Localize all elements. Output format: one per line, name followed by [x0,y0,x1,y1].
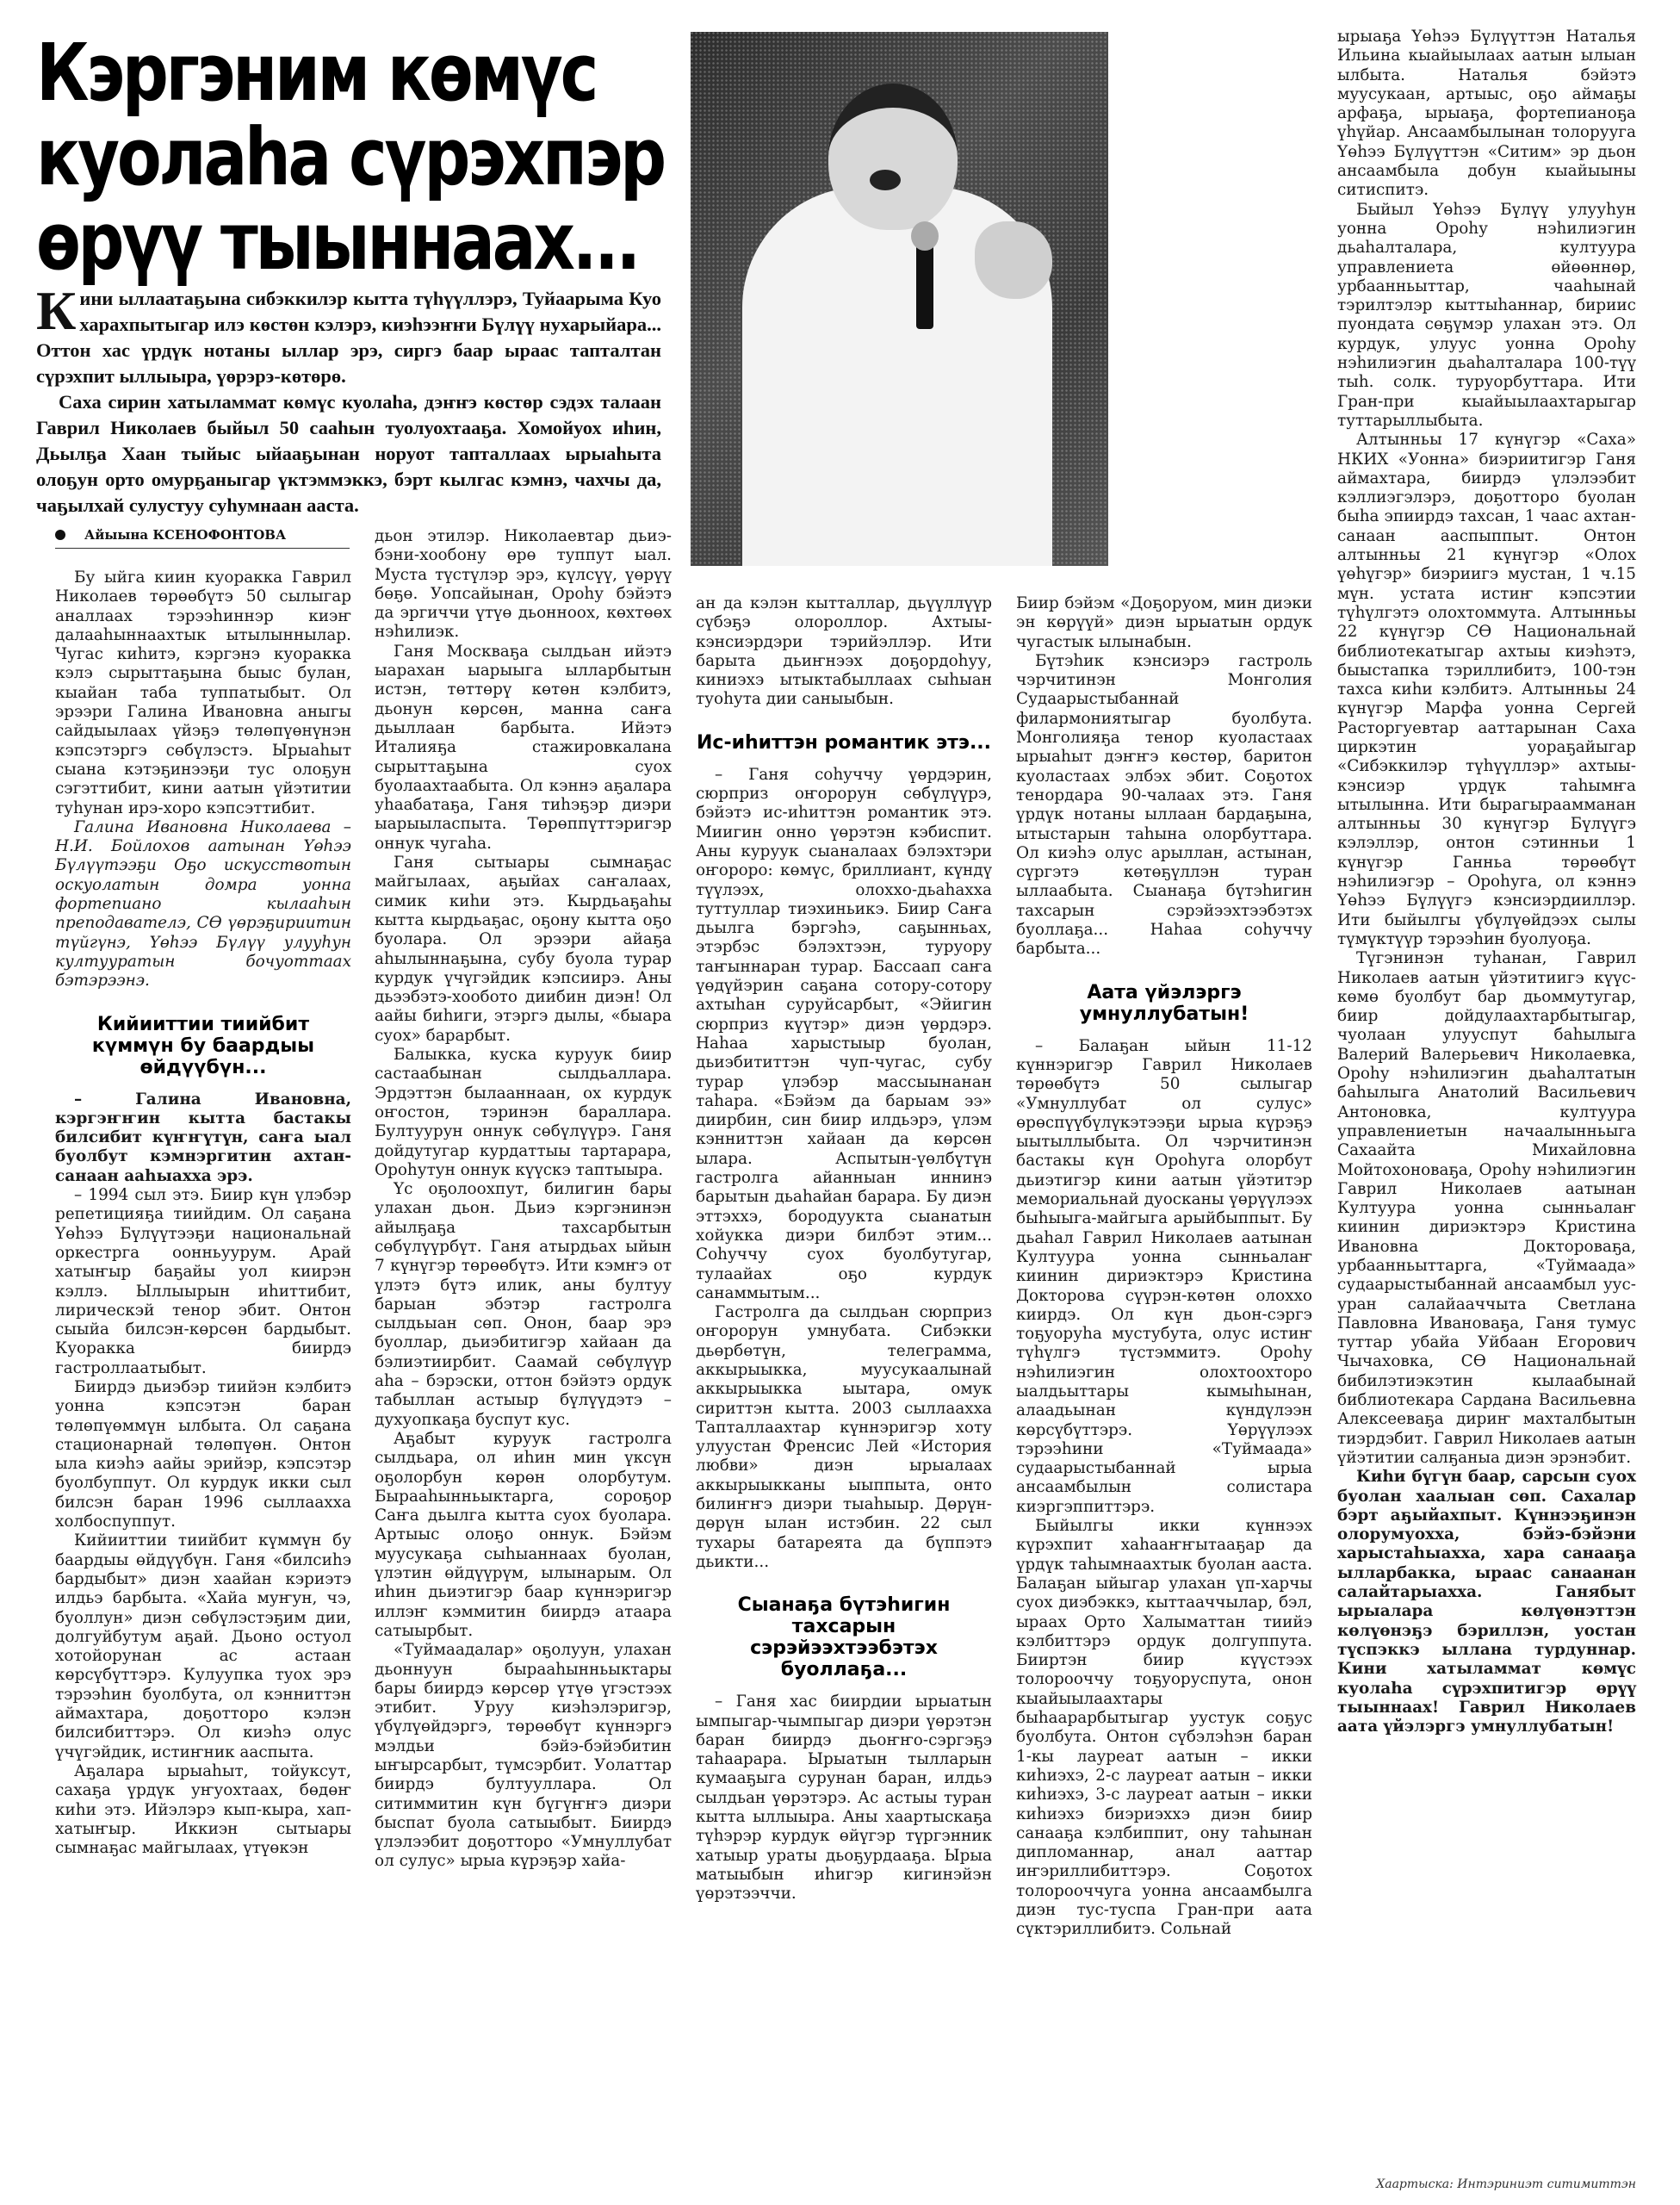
section-subheading: Кийииттии тиийбит күммүн бу баардыы өйдү… [55,1014,351,1078]
lead-paragraph-2: Саха сирин хатыламмат көмүс куолаһа, дэҥ… [36,389,661,519]
singer-photo [691,32,1108,566]
headline-line-1: Кэргэним көмүс [36,31,544,115]
author-name: Айыына КСЕНОФОНТОВА [84,527,286,543]
paragraph: – Ганя соһуччу үөрдэрин, сюрприз оҥорору… [696,766,992,1303]
paragraph: Аҕалара ырыаһыт, тойуксут, сахаҕа үрдүк … [55,1762,351,1858]
continued-paragraph: ан да кэлэн кытталлар, дьүүллүүр сүбэҕэ … [696,594,992,710]
singer-head [828,84,958,230]
section-subheading: Аата үйэлэргэ умнуллубатын! [1016,982,1312,1025]
bold-paragraph: Киһи бүгүн баар, сарсын суох буолан хаал… [1337,1468,1636,1736]
paragraph: Балыкка, куска куруук биир састаабынан с… [375,1046,672,1180]
bold-paragraph: – Галина Ивановна, кэргэҥҥин кытта баста… [55,1090,351,1186]
paragraph: Алтынньы 17 күнүгэр «Саха» НКИХ «Уонна» … [1337,431,1636,949]
paragraph: Быйыл Үөһээ Бүлүү улууһун уонна Ороһу нэ… [1337,201,1636,432]
byline: Айыына КСЕНОФОНТОВА [55,527,350,549]
lead-paragraph-1: ини ыллаатаҕына сибэккилэр кытта түһүүлл… [36,288,661,387]
photo-credit: Хаартыска: Интэриниэт ситимиттэн [1337,2177,1636,2191]
paragraph: – 1994 сыл этэ. Биир күн үлэбэр репетици… [55,1186,351,1378]
paragraph: Гастролга да сылдьан сюрприз оҥорорун ум… [696,1303,992,1572]
paragraph: Ганя сытыары сымнаҕас майгылаах, аҕыйах … [375,854,672,1046]
continued-paragraph: Биир бэйэм «Доҕоруом, мин диэки эн көрүү… [1016,594,1312,652]
paragraph: Кийииттии тиийбит күммүн бу баардыы өйдү… [55,1531,351,1762]
paragraph: Бүтэһик кэнсиэрэ гастроль чэрчитинэн Мон… [1016,652,1312,960]
bio-note: Галина Ивановна Николаева – Н.И. Бойлохо… [55,818,351,991]
paragraph: Бу ыйга киин куоракка Гаврил Николаев тө… [55,568,351,818]
headline-line-3: өрүү тыыннаах... [36,200,544,284]
section-subheading: Сыанаҕа бүтэһигин тахсарын сэрэйээхтээбэ… [696,1594,992,1680]
microphone-head [911,221,939,251]
paragraph: Ганя Москваҕа сылдьан ийэтэ ыарахан ыары… [375,643,672,854]
paragraph: – Ганя хас биирдии ырыатын ымпыгар-чымпы… [696,1693,992,1904]
text-column-3: ан да кэлэн кытталлар, дьүүллүүр сүбэҕэ … [696,594,992,1904]
paragraph: – Балаҕан ыйын 11-12 күннэригэр Гаврил Н… [1016,1037,1312,1517]
section-subheading: Ис-иһиттэн романтик этэ... [696,732,992,754]
drop-cap: К [36,288,76,334]
article-lead: Кини ыллаатаҕына сибэккилэр кытта түһүүл… [36,286,661,519]
continued-paragraph: ырыаҕа Үөһээ Бүлүүттэн Наталья Ильина кы… [1337,28,1636,201]
article-headline: Кэргэним көмүс куолаһа сүрэхпэр өрүү тыы… [36,31,544,284]
paragraph: Аҕабыт куруук гастролга сылдьара, ол иһи… [375,1430,672,1641]
paragraph: Түгэнинэн туһанан, Гаврил Николаев аатын… [1337,949,1636,1468]
singer-mouth [870,170,901,190]
headline-line-2: куолаһа сүрэхпэр [36,115,544,200]
paragraph: Үс оҕолоохпут, билигин бары улахан дьон.… [375,1180,672,1430]
bullet-icon [55,530,65,540]
paragraph: «Туймаадалар» оҕолуун, улахан дьоннуун б… [375,1641,672,1872]
text-column-2: дьон этилэр. Николаевтар дьиэ­бэни-хообо… [375,527,672,1872]
text-column-4: Биир бэйэм «Доҕоруом, мин диэки эн көрүү… [1016,594,1312,1940]
text-column-5: ырыаҕа Үөһээ Бүлүүттэн Наталья Ильина кы… [1337,28,1636,1736]
paragraph: Биирдэ дьиэбэр тиийэн кэлбитэ уонна кэпс… [55,1378,351,1531]
raised-hand [975,221,1052,299]
text-column-1: Бу ыйга киин куоракка Гаврил Николаев тө… [55,568,351,1858]
paragraph: Быйылгы икки күннээх күрэхпит хаһааҥҥыта… [1016,1517,1312,1940]
continued-paragraph: дьон этилэр. Николаевтар дьиэ­бэни-хообо… [375,527,672,643]
